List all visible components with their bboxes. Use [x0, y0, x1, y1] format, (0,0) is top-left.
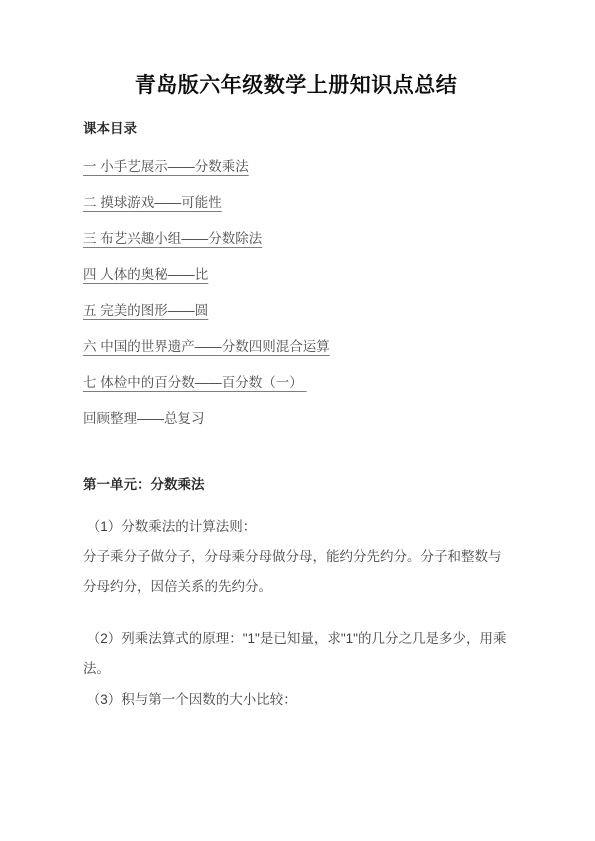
- toc-item-unit7: 七 体检中的百分数——百分数（一）: [83, 373, 509, 393]
- section-body: （1）分数乘法的计算法则： 分子乘分子做分子，分母乘分母做分母，能约分先约分。分…: [83, 512, 509, 715]
- paragraph-rule-1-detail: 分子乘分子做分子，分母乘分母做分母，能约分先约分。分子和整数与 分母约分，因倍关…: [83, 542, 509, 602]
- paragraph-rule-1: （1）分数乘法的计算法则：: [83, 512, 509, 542]
- toc-item-unit3: 三 布艺兴趣小组——分数除法: [83, 229, 509, 249]
- paragraph-rule-2: （2）列乘法算式的原理："1"是已知量，求"1"的几分之几是多少，用乘 法。: [83, 624, 509, 684]
- paragraph-rule-3: （3）积与第一个因数的大小比较：: [83, 685, 509, 715]
- document-title: 青岛版六年级数学上册知识点总结: [83, 72, 509, 100]
- toc-item-unit2: 二 摸球游戏——可能性: [83, 193, 509, 213]
- toc-list: 一 小手艺展示——分数乘法 二 摸球游戏——可能性 三 布艺兴趣小组——分数除法…: [83, 157, 509, 429]
- toc-item-label: 二 摸球游戏——可能性: [83, 195, 222, 210]
- toc-item-label: 五 完美的图形——圆: [83, 303, 208, 318]
- toc-item-label: 回顾整理——总复习: [83, 411, 205, 426]
- paragraph-line: 分子乘分子做分子，分母乘分母做分母，能约分先约分。分子和整数与: [83, 542, 509, 572]
- section-heading: 第一单元：分数乘法: [83, 470, 509, 500]
- toc-item-unit5: 五 完美的图形——圆: [83, 301, 509, 321]
- toc-item-label: 一 小手艺展示——分数乘法: [83, 159, 249, 174]
- toc-item-review: 回顾整理——总复习: [83, 409, 509, 429]
- toc-item-label: 三 布艺兴趣小组——分数除法: [83, 231, 262, 246]
- toc-item-label: 四 人体的奥秘——比: [83, 267, 208, 282]
- toc-heading: 课本目录: [83, 119, 509, 139]
- document-page: 青岛版六年级数学上册知识点总结 课本目录 一 小手艺展示——分数乘法 二 摸球游…: [0, 0, 595, 841]
- paragraph-line: （2）列乘法算式的原理："1"是已知量，求"1"的几分之几是多少，用乘: [83, 624, 509, 654]
- paragraph-line: 法。: [83, 654, 509, 684]
- toc-item-label: 六 中国的世界遗产——分数四则混合运算: [83, 339, 330, 354]
- toc-item-label: 七 体检中的百分数——百分数（一）: [83, 375, 307, 390]
- paragraph-line: 分母约分，因倍关系的先约分。: [83, 572, 509, 602]
- toc-item-unit1: 一 小手艺展示——分数乘法: [83, 157, 509, 177]
- paragraph-line: （1）分数乘法的计算法则：: [83, 512, 509, 542]
- toc-item-unit4: 四 人体的奥秘——比: [83, 265, 509, 285]
- toc-item-unit6: 六 中国的世界遗产——分数四则混合运算: [83, 337, 509, 357]
- paragraph-line: （3）积与第一个因数的大小比较：: [83, 685, 509, 715]
